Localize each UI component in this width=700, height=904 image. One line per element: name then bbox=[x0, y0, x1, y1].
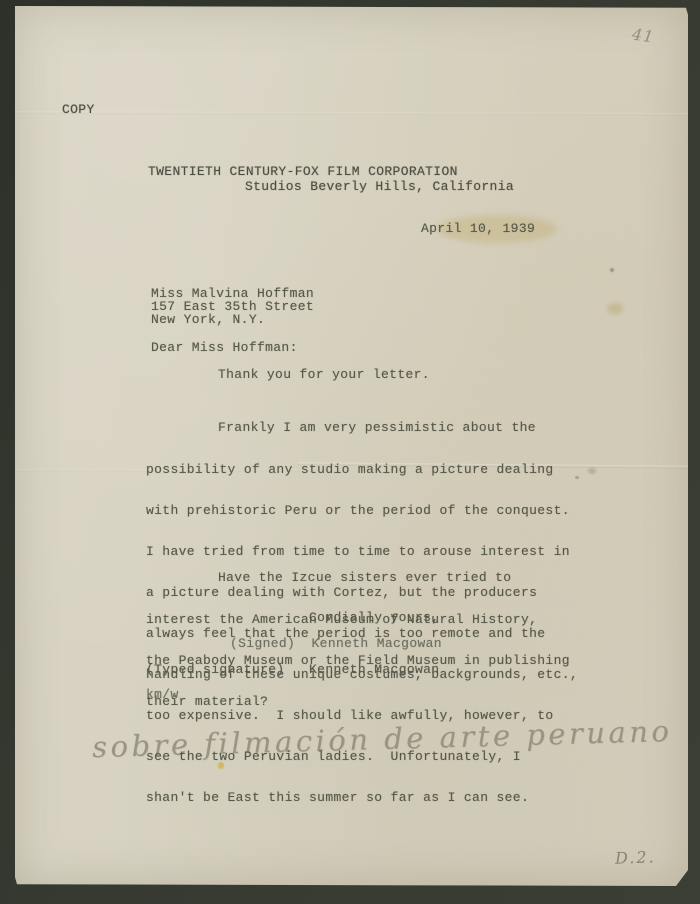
signed-line: (Signed) Kenneth Macgowan bbox=[230, 637, 442, 651]
body-line: with prehistoric Peru or the period of t… bbox=[146, 504, 578, 518]
fold-crease-top bbox=[15, 111, 688, 116]
body-line: possibility of any studio making a pictu… bbox=[146, 463, 578, 477]
catalog-number-annotation: D.2. bbox=[615, 847, 656, 867]
paper-speck bbox=[588, 468, 596, 474]
recipient-city: New York, N.Y. bbox=[151, 313, 265, 327]
valediction: Cordially yours, bbox=[309, 611, 439, 625]
body-line: shan't be East this summer so far as I c… bbox=[146, 791, 578, 805]
date-line: April 10, 1939 bbox=[421, 222, 535, 236]
stain-spot bbox=[607, 303, 623, 314]
page-number-annotation: 41 bbox=[631, 25, 656, 47]
body-line: Have the Izcue sisters ever tried to bbox=[146, 571, 570, 585]
body-line: Frankly I am very pessimistic about the bbox=[146, 421, 578, 435]
letterhead-address: Studios Beverly Hills, California bbox=[245, 180, 514, 194]
letter-paper: 41 D.2. sobre filmación de arte peruano … bbox=[15, 6, 688, 886]
typed-signature-line: (Typed signature) Kenneth Macgowan bbox=[146, 663, 439, 677]
scan-background: { "letter": { "copy_stamp": "COPY", "let… bbox=[0, 0, 700, 904]
salutation: Dear Miss Hoffman: bbox=[151, 341, 298, 355]
typist-initials: km/w bbox=[146, 688, 179, 702]
body-line: their material? bbox=[146, 695, 570, 709]
paper-speck bbox=[610, 268, 614, 272]
letterhead-company: TWENTIETH CENTURY-FOX FILM CORPORATION bbox=[148, 165, 458, 179]
body-line: see the two Peruvian ladies. Unfortunate… bbox=[146, 750, 578, 764]
intro-line: Thank you for your letter. bbox=[218, 368, 430, 382]
copy-stamp: COPY bbox=[62, 103, 95, 117]
